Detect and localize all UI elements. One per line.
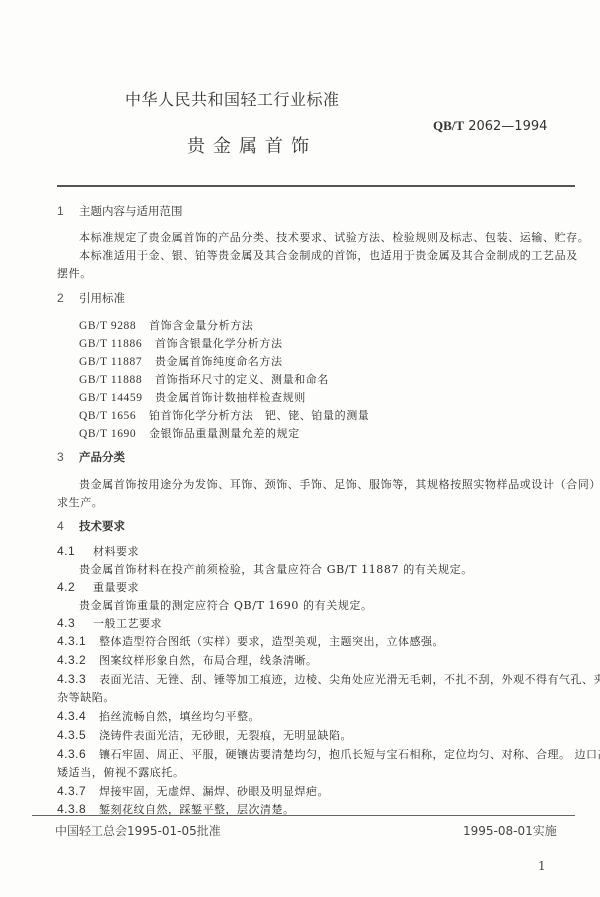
clause-number: 4.3.3: [57, 672, 99, 686]
reference-code: QB/T 1690: [79, 428, 149, 440]
standard-code: QB/T 2062—1994: [433, 118, 547, 134]
subsection-number: 4.1: [57, 544, 93, 558]
section-number: 2: [57, 291, 79, 305]
clause-text: 镶石牢固、周正、平服，硬镶齿要清楚均匀，抱爪长短与宝石相称，定位均匀、对称、合理…: [99, 748, 600, 761]
section-title: 主题内容与适用范围: [79, 204, 183, 218]
subsection-title: 重量要求: [93, 581, 139, 594]
reference-code: GB/T 11886: [79, 338, 155, 350]
reference-title: 铂首饰化学分析方法 钯、铑、铂量的测量: [149, 409, 369, 422]
reference-item: GB/T 11887贵金属首饰纯度命名方法: [79, 353, 283, 369]
section-title: 产品分类: [79, 450, 125, 464]
section-3-heading: 3产品分类: [57, 449, 125, 465]
paragraph-continuation: 摆件。: [57, 265, 92, 281]
reference-code: GB/T 9288: [79, 320, 149, 332]
reference-code: GB/T 11887: [79, 356, 155, 368]
clause-text: 图案纹样形象自然，布局合理，线条清晰。: [99, 654, 318, 667]
section-2-heading: 2引用标准: [57, 290, 125, 306]
paragraph-continuation: 求生产。: [57, 494, 103, 510]
reference-code: GB/T 11888: [79, 374, 155, 386]
clause-continuation: 杂等缺陷。: [57, 689, 115, 705]
paragraph: 贵金属首饰按用途分为发饰、耳饰、颈饰、手饰、足饰、服饰等，其规格按照实物样品或设…: [79, 476, 600, 492]
reference-title: 贵金属首饰计数抽样检查规则: [155, 391, 306, 404]
clause-4-3-7: 4.3.7焊接牢固，无虚焊、漏焊、砂眼及明显焊疤。: [57, 783, 329, 799]
subsection-4-2-heading: 4.2重量要求: [57, 579, 139, 595]
reference-item: GB/T 9288首饰含金量分析方法: [79, 317, 253, 333]
clause-number: 4.3.5: [57, 728, 99, 742]
section-4-heading: 4技术要求: [57, 518, 125, 534]
clause-4-3-4: 4.3.4掐丝流畅自然，填丝均匀平整。: [57, 708, 260, 724]
subsection-title: 一般工艺要求: [93, 617, 162, 630]
standard-code-prefix: QB/T: [433, 118, 464, 133]
reference-title: 首饰指环尺寸的定义、测量和命名: [155, 373, 329, 386]
reference-code: GB/T 14459: [79, 392, 155, 404]
standard-code-number: 2062—1994: [468, 119, 547, 134]
clause-text: 表面光洁、无锉、刮、锤等加工痕迹，边棱、尖角处应光滑无毛刺，不扎不刮，外观不得有…: [99, 673, 600, 686]
section-1-heading: 1主题内容与适用范围: [57, 203, 183, 219]
reference-item: QB/T 1656铂首饰化学分析方法 钯、铑、铂量的测量: [79, 407, 369, 423]
reference-title: 金银饰品重量测量允差的规定: [149, 427, 300, 440]
reference-title: 首饰含金量分析方法: [149, 319, 253, 332]
reference-item: GB/T 11888首饰指环尺寸的定义、测量和命名: [79, 371, 329, 387]
section-title: 引用标准: [79, 291, 125, 305]
clause-number: 4.3.4: [57, 709, 99, 723]
reference-item: GB/T 11886首饰含银量化学分析方法: [79, 335, 283, 351]
clause-number: 4.3.7: [57, 784, 99, 798]
section-number: 1: [57, 204, 79, 218]
document-title: 贵金属首饰: [187, 132, 317, 158]
implementation-date: 1995-08-01实施: [463, 822, 557, 839]
clause-text: 掐丝流畅自然，填丝均匀平整。: [99, 710, 260, 723]
issuing-organization: 中华人民共和国轻工行业标准: [125, 87, 340, 110]
reference-code: QB/T 1656: [79, 410, 149, 422]
reference-item: QB/T 1690金银饰品重量测量允差的规定: [79, 425, 300, 441]
page-number: 1: [538, 859, 546, 873]
clause-4-3-6: 4.3.6镶石牢固、周正、平服，硬镶齿要清楚均匀，抱爪长短与宝石相称，定位均匀、…: [57, 746, 600, 762]
header-divider: [57, 185, 575, 187]
clause-4-3-1: 4.3.1整体造型符合图纸（实样）要求，造型美观，主题突出，立体感强。: [57, 633, 444, 649]
clause-text: 焊接牢固，无虚焊、漏焊、砂眼及明显焊疤。: [99, 785, 329, 798]
paragraph: 本标准适用于金、银、铂等贵金属及其合金制成的首饰，也适用于贵金属及其合金制成的工…: [79, 247, 578, 263]
subsection-title: 材料要求: [93, 545, 139, 558]
subsection-number: 4.3: [57, 616, 93, 630]
subsection-4-3-heading: 4.3一般工艺要求: [57, 615, 162, 631]
approval-info: 中国轻工总会1995-01-05批准: [55, 822, 221, 839]
footer-divider: [32, 815, 575, 816]
section-number: 4: [57, 519, 79, 533]
clause-number: 4.3.1: [57, 634, 99, 648]
reference-title: 首饰含银量化学分析方法: [155, 337, 283, 350]
reference-title: 贵金属首饰纯度命名方法: [155, 355, 283, 368]
clause-number: 4.3.2: [57, 653, 99, 667]
clause-4-3-3: 4.3.3表面光洁、无锉、刮、锤等加工痕迹，边棱、尖角处应光滑无毛刺，不扎不刮，…: [57, 671, 600, 687]
section-title: 技术要求: [79, 519, 125, 533]
clause-4-3-2: 4.3.2图案纹样形象自然，布局合理，线条清晰。: [57, 652, 318, 668]
clause-4-3-5: 4.3.5浇铸件表面光洁，无砂眼，无裂痕，无明显缺陷。: [57, 727, 352, 743]
reference-item: GB/T 14459贵金属首饰计数抽样检查规则: [79, 389, 306, 405]
clause-text: 整体造型符合图纸（实样）要求，造型美观，主题突出，立体感强。: [99, 635, 444, 648]
paragraph: 本标准规定了贵金属首饰的产品分类、技术要求、试验方法、检验规则及标志、包装、运输…: [79, 229, 589, 245]
clause-number: 4.3.6: [57, 747, 99, 761]
paragraph: 贵金属首饰材料在投产前须检验，其含量应符合 GB/T 11887 的有关规定。: [79, 561, 473, 577]
subsection-4-1-heading: 4.1材料要求: [57, 543, 139, 559]
section-number: 3: [57, 450, 79, 464]
clause-text: 浇铸件表面光洁，无砂眼，无裂痕，无明显缺陷。: [99, 729, 352, 742]
clause-number: 4.3.8: [57, 802, 99, 816]
subsection-number: 4.2: [57, 580, 93, 594]
paragraph: 贵金属首饰重量的测定应符合 QB/T 1690 的有关规定。: [79, 597, 373, 613]
clause-continuation: 矮适当，俯视不露底托。: [57, 764, 185, 780]
